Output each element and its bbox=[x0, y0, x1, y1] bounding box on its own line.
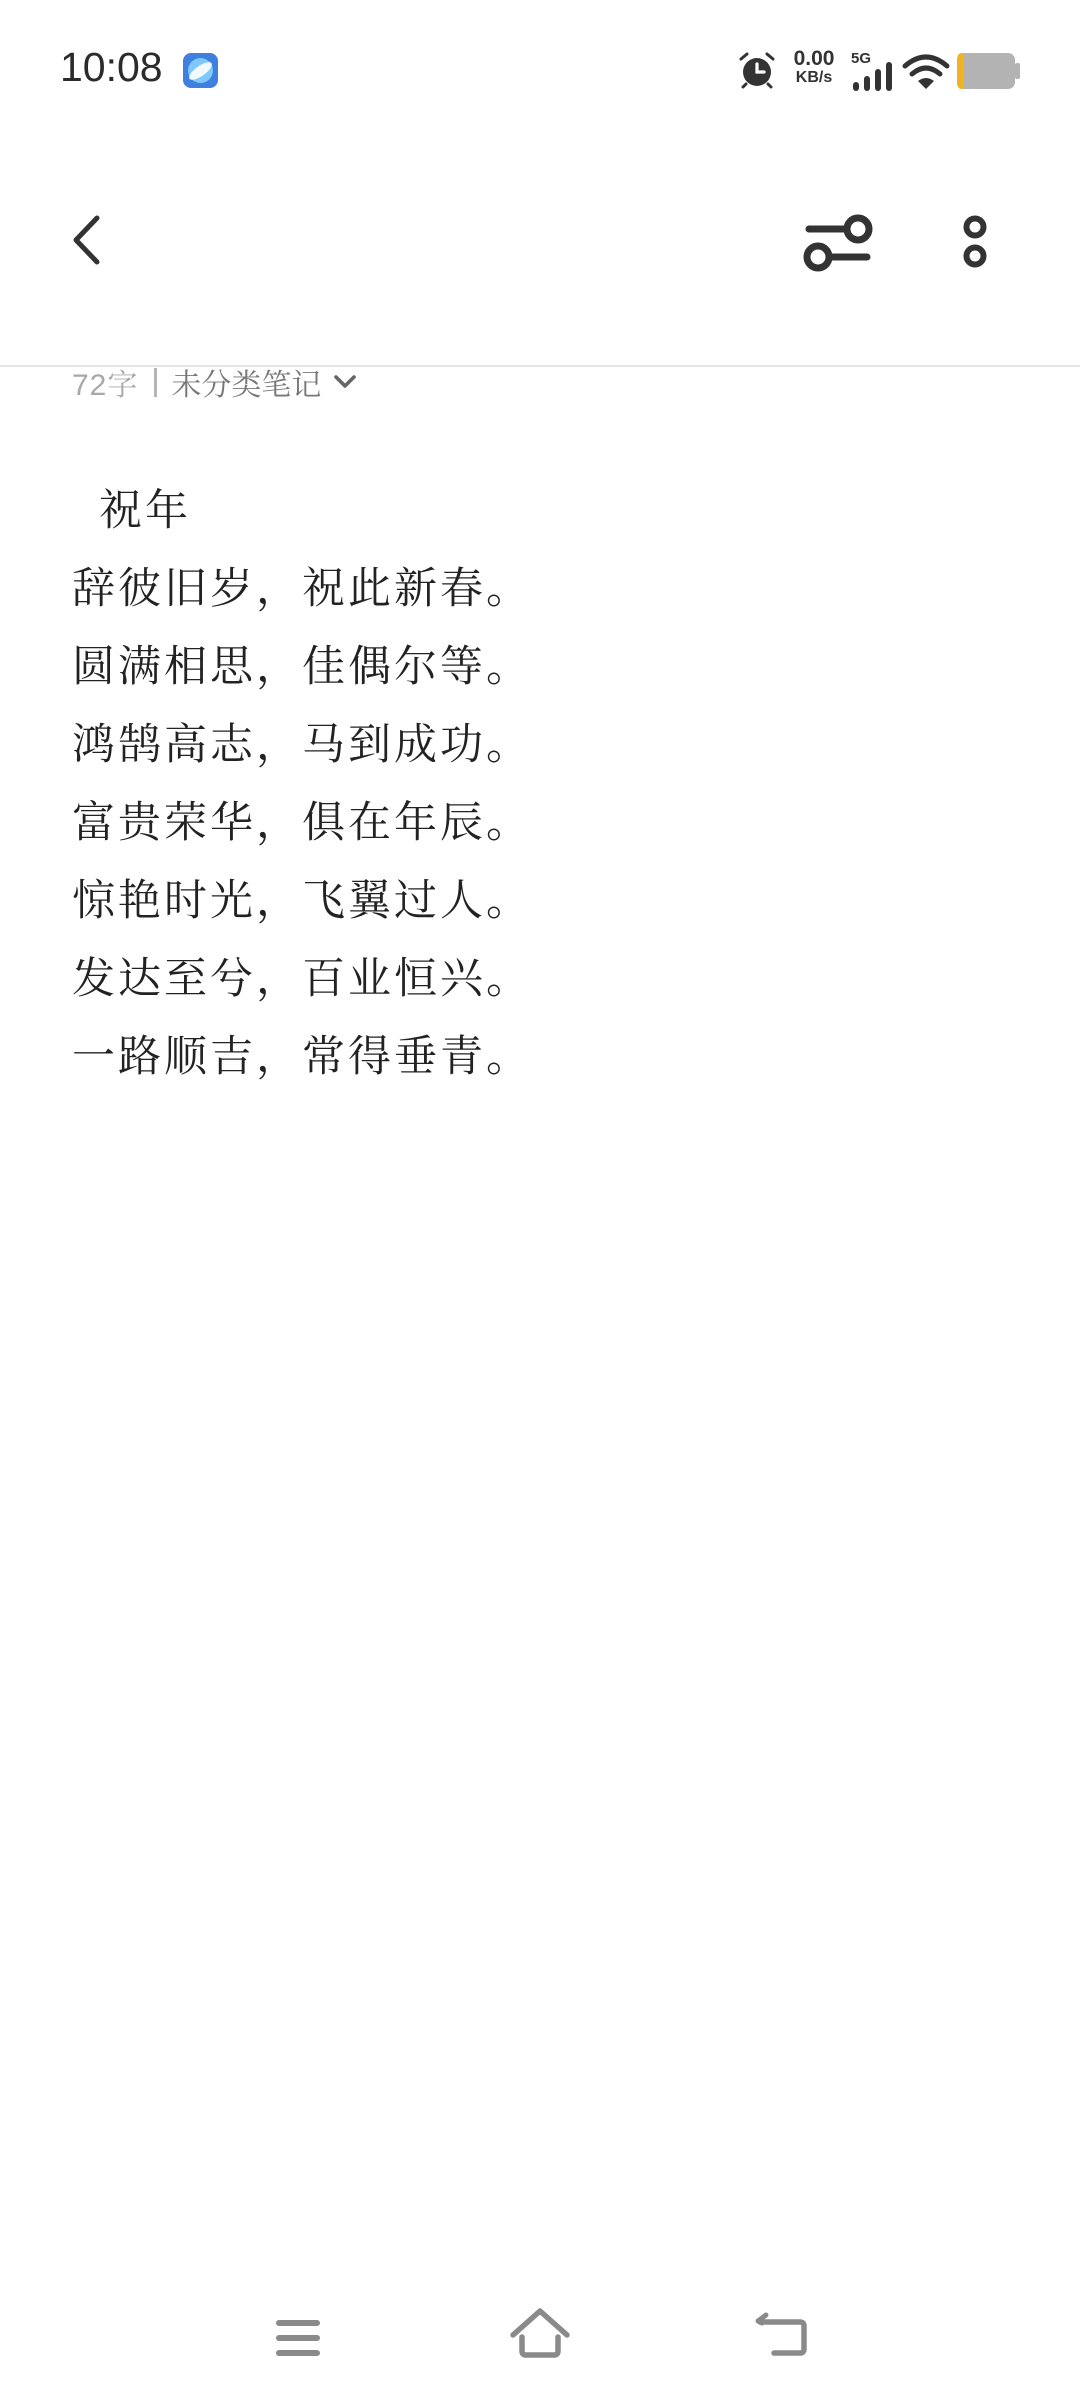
note-line[interactable]: 惊艳时光，飞翼过人。 bbox=[72, 862, 1012, 940]
alarm-icon bbox=[737, 50, 777, 90]
note-line[interactable]: 富贵荣华，俱在年辰。 bbox=[72, 784, 1012, 862]
status-time: 10:08 bbox=[60, 44, 163, 91]
system-nav-bar: menu-icon home-icon back-icon bbox=[0, 2290, 1080, 2400]
recents-button[interactable]: menu-icon bbox=[272, 2314, 328, 2364]
category-selector[interactable]: 未分类笔记 bbox=[171, 360, 321, 404]
note-line[interactable]: 发达至兮，百业恒兴。 bbox=[72, 940, 1012, 1018]
network-speed: 0.00 KB/s bbox=[788, 48, 840, 86]
signal-icon bbox=[851, 60, 895, 92]
note-line[interactable]: 鸿鹄高志，马到成功。 bbox=[72, 706, 1012, 784]
network-speed-value: 0.00 bbox=[788, 48, 840, 69]
battery-icon bbox=[956, 52, 1022, 90]
back-button[interactable]: chevron-left-icon bbox=[60, 210, 120, 270]
meta-separator bbox=[154, 368, 157, 397]
browser-app-icon bbox=[183, 53, 218, 88]
network-speed-unit: KB/s bbox=[788, 70, 840, 86]
note-editor[interactable]: 祝年 辞彼旧岁，祝此新春。 圆满相思，佳偶尔等。 鸿鹄高志，马到成功。 富贵荣华… bbox=[72, 472, 1012, 1096]
note-line[interactable]: 一路顺吉，常得垂青。 bbox=[72, 1018, 1012, 1096]
note-toolbar: chevron-left-icon sliders-icon more-vert… bbox=[0, 140, 1080, 365]
note-meta: 72字 未分类笔记 bbox=[72, 362, 357, 402]
format-settings-button[interactable]: sliders-icon bbox=[800, 205, 876, 275]
more-options-button[interactable]: more-vertical-icon bbox=[955, 205, 995, 275]
word-count: 72字 bbox=[72, 360, 138, 404]
chevron-down-icon[interactable] bbox=[333, 374, 357, 390]
back-nav-button[interactable]: back-icon bbox=[752, 2310, 812, 2366]
note-line[interactable]: 圆满相思，佳偶尔等。 bbox=[72, 628, 1012, 706]
wifi-icon bbox=[902, 52, 950, 92]
note-title[interactable]: 祝年 bbox=[72, 472, 1012, 550]
status-bar: 10:08 0.00 KB/s 5G bbox=[0, 0, 1080, 140]
home-button[interactable]: home-icon bbox=[508, 2308, 572, 2364]
note-line[interactable]: 辞彼旧岁，祝此新春。 bbox=[72, 550, 1012, 628]
